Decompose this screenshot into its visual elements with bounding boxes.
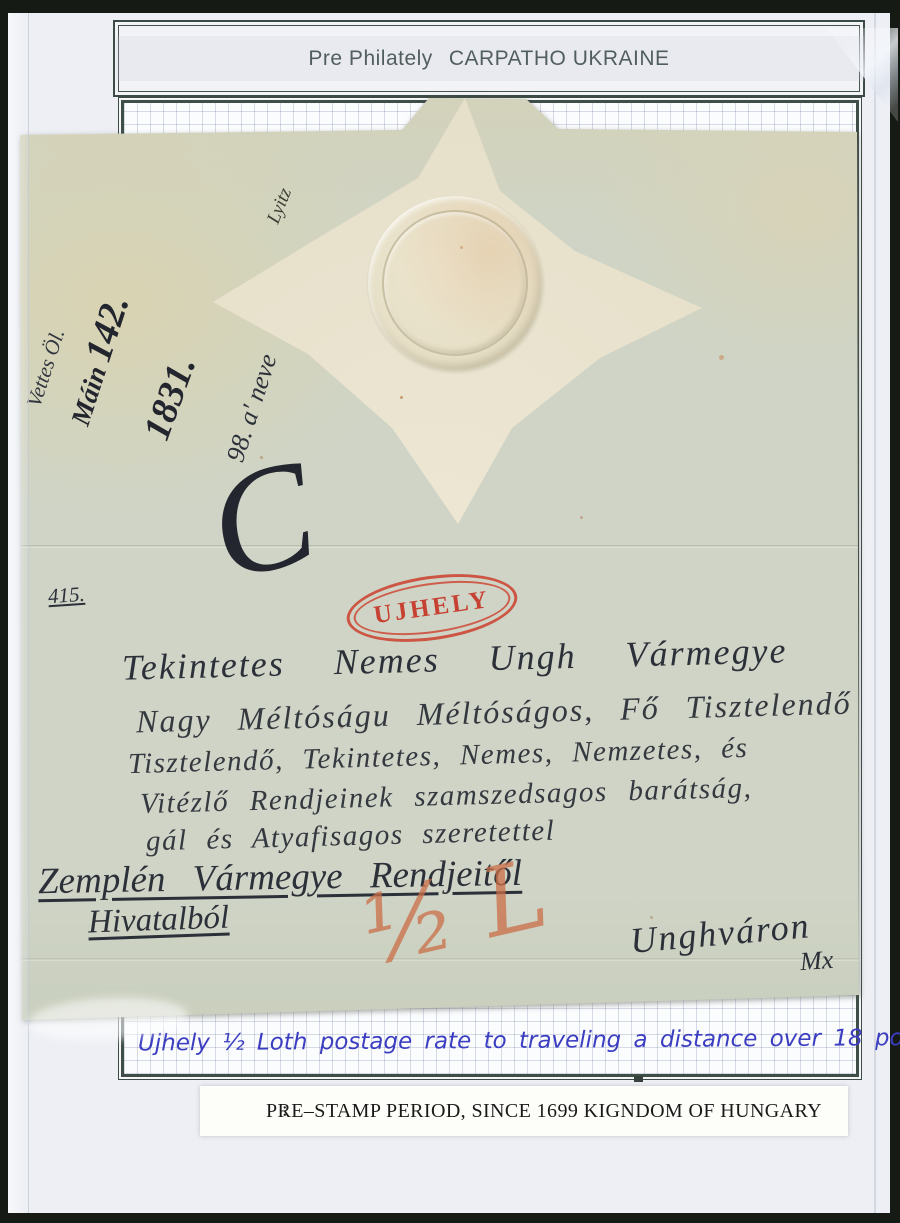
footer-colon: : xyxy=(282,1099,288,1122)
footer-typed-text: PRE–STAMP PERIOD, SINCE 1699 KIGNDOM OF … xyxy=(226,1100,822,1123)
embossed-seal xyxy=(368,196,542,370)
sleeve-right-edge xyxy=(874,13,876,1213)
sender-line-2: Hivatalból xyxy=(87,900,229,942)
fold-crease xyxy=(20,545,860,548)
embossed-seal-ring xyxy=(382,210,528,356)
origin-flourish: Mx xyxy=(799,945,834,977)
sleeve-reflection-band xyxy=(116,36,864,81)
footer-label: : PRE–STAMP PERIOD, SINCE 1699 KIGNDOM O… xyxy=(200,1086,848,1136)
docket-number: 415. xyxy=(47,582,85,610)
caption-handwritten: Ujhely ½ Loth postage rate to traveling … xyxy=(138,1025,858,1056)
foxing-specks xyxy=(400,396,403,399)
frame-notch xyxy=(634,1076,643,1082)
postmark-text: UJHELY xyxy=(372,586,492,630)
sleeve-left-edge xyxy=(8,13,29,1213)
